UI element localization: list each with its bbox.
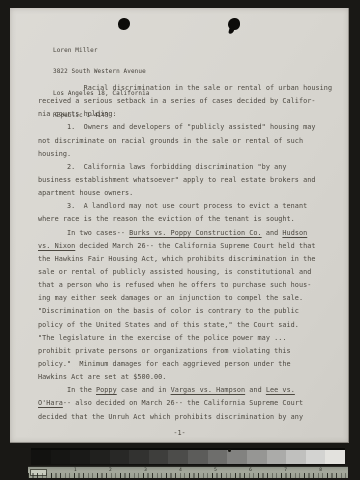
text-line: business establishment whatsoever" apply… <box>38 174 338 187</box>
hole-punch-right-icon <box>228 18 240 30</box>
text-line: In two cases-- Burks vs. Poppy Construct… <box>38 227 338 240</box>
ruler-number: 4 <box>179 468 182 474</box>
text-line: apartment house owners. <box>38 187 338 200</box>
grayscale-step <box>286 450 306 464</box>
grayscale-step <box>306 450 326 464</box>
grayscale-step <box>110 450 130 464</box>
text-line: ing may either seek damages or an injunc… <box>38 292 338 305</box>
text-line: prohibit private persons or organization… <box>38 345 338 358</box>
calibration-ruler: 12345678 <box>28 466 348 478</box>
text-line: the Hawkins Fair Housing Act, which proh… <box>38 253 338 266</box>
scan-background: Loren Miller 3822 South Western Avenue L… <box>0 0 360 480</box>
grayscale-calibration-bar <box>31 448 345 465</box>
ruler-number: 5 <box>214 468 217 474</box>
grayscale-step <box>149 450 169 464</box>
document-body: Racial discrimination in the sale or ren… <box>38 82 338 424</box>
grayscale-step <box>267 450 287 464</box>
ruler-number: 7 <box>284 468 287 474</box>
scan-artifact-dot <box>228 449 231 452</box>
underlined-case-name: Burks vs. Poppy Construction Co. <box>129 229 262 237</box>
text-line: 1. Owners and developers of "publicly as… <box>38 121 338 134</box>
ruler-number: 8 <box>319 468 322 474</box>
text-line: decided that the Unruh Act which prohibi… <box>38 411 338 424</box>
underlined-case-name: Hudson <box>282 229 307 237</box>
hole-punch-left-icon <box>118 18 130 30</box>
grayscale-step <box>90 450 110 464</box>
grayscale-step <box>208 450 228 464</box>
text-line: 2. California laws forbidding discrimina… <box>38 161 338 174</box>
document-page: Loren Miller 3822 South Western Avenue L… <box>10 8 349 443</box>
text-line: nia courts holding: <box>38 108 338 121</box>
underlined-case-name: vs. Nixon <box>38 242 75 250</box>
underlined-case-name: Vargas vs. Hampson <box>171 386 246 394</box>
grayscale-step <box>227 450 247 464</box>
text-line: O'Hara-- also decided on March 26-- the … <box>38 397 338 410</box>
text-line: housing. <box>38 148 338 161</box>
text-line: policy of the United States and of this … <box>38 319 338 332</box>
text-line: policy." Minimum damages for each aggrie… <box>38 358 338 371</box>
ruler-number: 6 <box>249 468 252 474</box>
grayscale-step <box>129 450 149 464</box>
underlined-case-name: Poppy <box>96 386 117 394</box>
text-line: received a serious setback in a series o… <box>38 95 338 108</box>
ruler-number: 3 <box>144 468 147 474</box>
grayscale-step <box>70 450 90 464</box>
letterhead-street: 3822 South Western Avenue <box>53 68 150 75</box>
text-line: where race is the reason the eviction of… <box>38 213 338 226</box>
text-line: not discriminate on racial grounds in th… <box>38 135 338 148</box>
ruler-number: 2 <box>109 468 112 474</box>
text-line: In the Poppy case and in Vargas vs. Hamp… <box>38 384 338 397</box>
grayscale-step <box>325 450 345 464</box>
text-line: Hawkins Act are set at $500.00. <box>38 371 338 384</box>
page-number: -1- <box>10 429 349 437</box>
underlined-case-name: Lee vs. <box>266 386 295 394</box>
underlined-case-name: O'Hara <box>38 399 63 407</box>
text-line: sale or rental of publicly assisted hous… <box>38 266 338 279</box>
text-line: vs. Nixon decided March 26-- the Califor… <box>38 240 338 253</box>
ruler-numbers: 12345678 <box>28 468 348 474</box>
text-line: "Discrimination on the basis of color is… <box>38 305 338 318</box>
grayscale-step <box>188 450 208 464</box>
text-line: 3. A landlord may not use court process … <box>38 200 338 213</box>
text-line: that a person who is refused when he off… <box>38 279 338 292</box>
text-line: Racial discrimination in the sale or ren… <box>38 82 338 95</box>
ruler-number: 1 <box>74 468 77 474</box>
grayscale-step <box>51 450 71 464</box>
grayscale-step <box>247 450 267 464</box>
letterhead-name: Loren Miller <box>53 47 150 54</box>
grayscale-step <box>168 450 188 464</box>
grayscale-step <box>31 450 51 464</box>
text-line: "The legislature in the exercise of the … <box>38 332 338 345</box>
